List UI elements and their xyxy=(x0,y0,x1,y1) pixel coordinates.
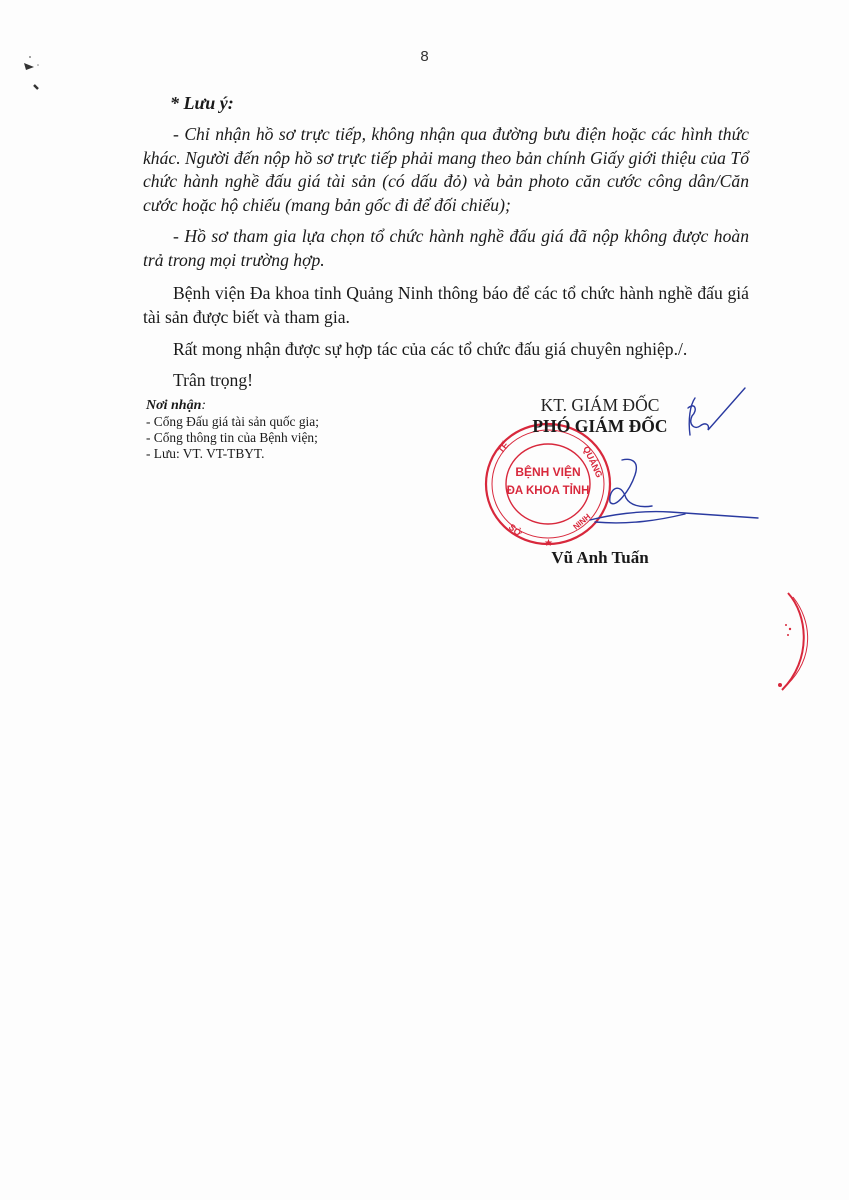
note-item-submission: - Chỉ nhận hồ sơ trực tiếp, không nhận q… xyxy=(143,123,749,217)
recipient-item: - Cổng thông tin của Bệnh viện; xyxy=(146,430,319,446)
recipients-heading: Nơi nhận: xyxy=(146,398,319,414)
signer-name: Vũ Anh Tuấn xyxy=(490,548,710,568)
stamp-ring-left: TẾ xyxy=(496,440,511,455)
scan-artifact-marks xyxy=(20,55,50,100)
stamp-star: ★ xyxy=(544,538,553,548)
recipient-item: - Lưu: VT. VT-TBYT. xyxy=(146,446,319,462)
recipients-block: Nơi nhận: - Cổng Đấu giá tài sản quốc gi… xyxy=(146,398,319,462)
closing-request: Rất mong nhận được sự hợp tác của các tổ… xyxy=(143,338,749,362)
handwritten-signature xyxy=(560,380,760,540)
partial-red-stamp-edge xyxy=(760,585,820,695)
page-number: 8 xyxy=(0,48,849,65)
recipient-item: - Cổng Đấu giá tài sản quốc gia; xyxy=(146,414,319,430)
note-item-no-refund: - Hồ sơ tham gia lựa chọn tổ chức hành n… xyxy=(143,225,749,272)
recipients-heading-label: Nơi nhận xyxy=(146,398,201,413)
announcement-paragraph: Bệnh viện Đa khoa tỉnh Quảng Ninh thông … xyxy=(143,282,749,329)
recipients-heading-colon: : xyxy=(201,398,206,413)
note-heading: * Lưu ý: xyxy=(170,93,234,114)
